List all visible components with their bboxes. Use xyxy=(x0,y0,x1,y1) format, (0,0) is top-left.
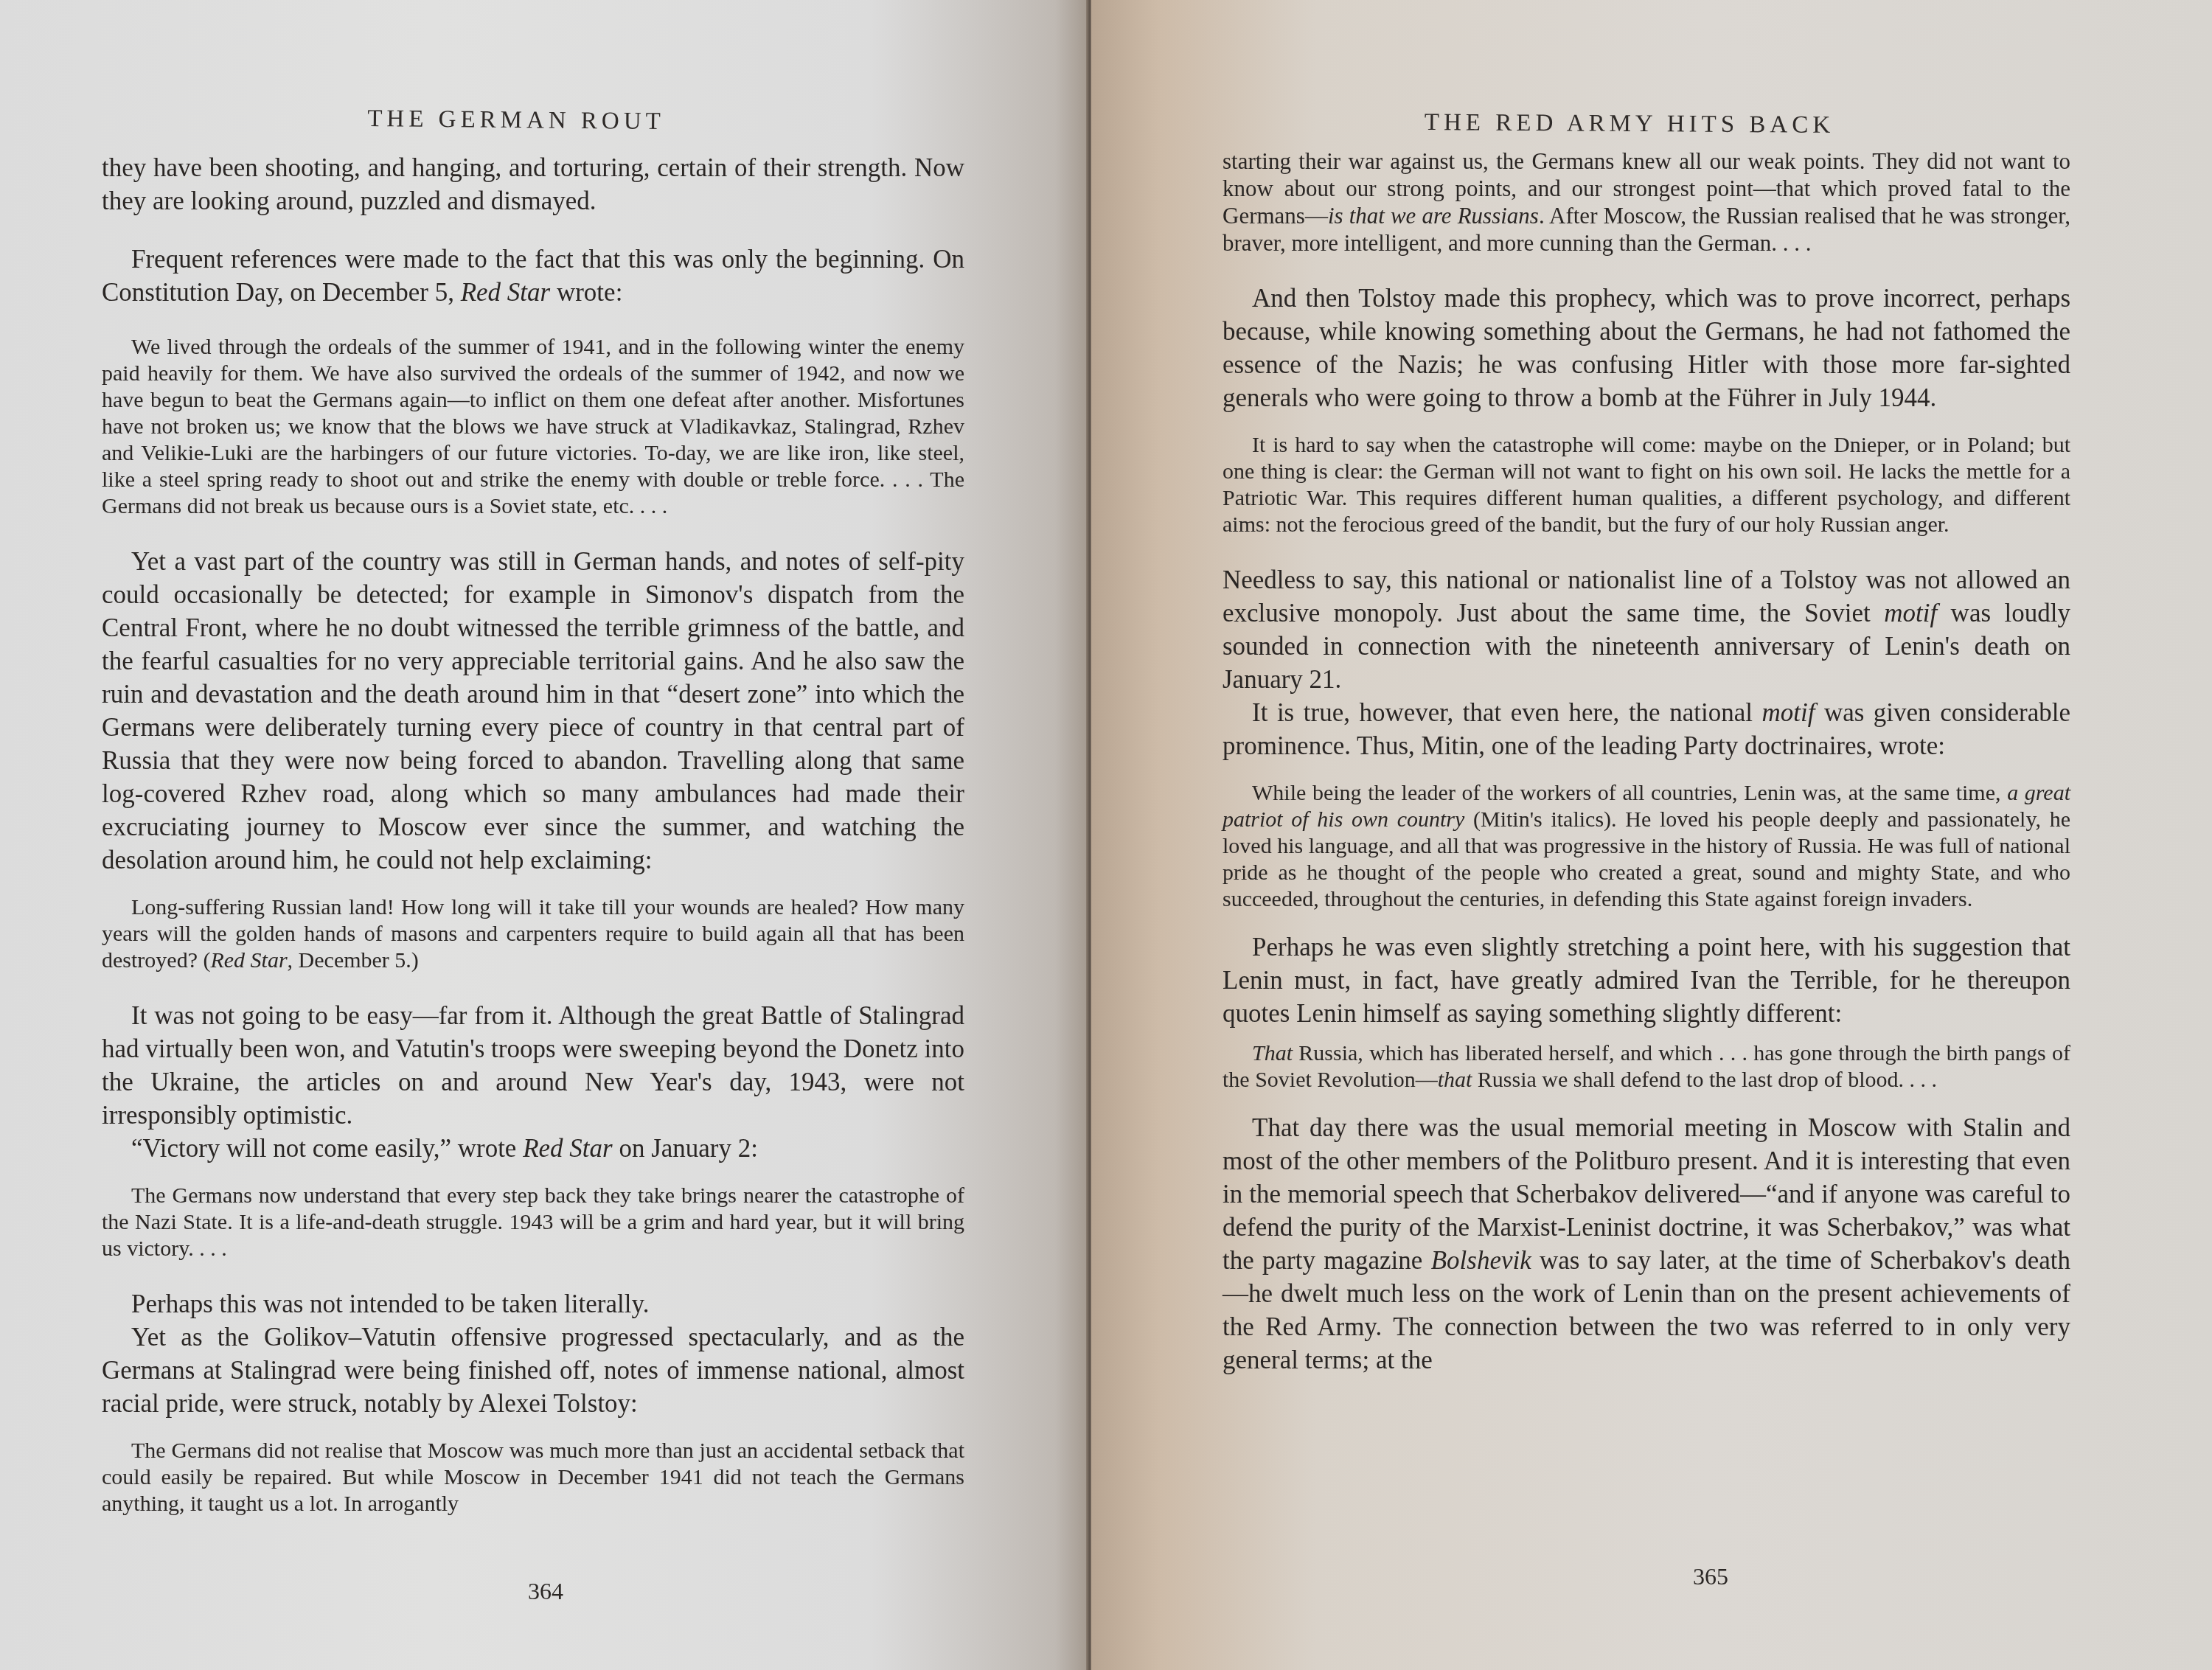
running-head-right: THE RED ARMY HITS BACK xyxy=(1379,109,1880,140)
page-number-right: 365 xyxy=(1637,1563,1784,1590)
paragraph: That day there was the usual memorial me… xyxy=(1222,1111,2070,1377)
paragraph: It was not going to be easy—far from it.… xyxy=(102,999,964,1132)
paragraph: they have been shooting, and hanging, an… xyxy=(102,151,964,218)
paragraph: Perhaps he was even slightly stretching … xyxy=(1222,930,2070,1030)
page-number-left: 364 xyxy=(472,1578,619,1605)
left-page: THE GERMAN ROUT they have been shooting,… xyxy=(0,0,1088,1670)
block-quote: We lived through the ordeals of the summ… xyxy=(102,334,964,520)
book-spread: THE GERMAN ROUT they have been shooting,… xyxy=(0,0,2212,1670)
block-quote: The Germans did not realise that Moscow … xyxy=(102,1438,964,1517)
paragraph: “Victory will not come easily,” wrote Re… xyxy=(102,1132,964,1165)
block-quote: That Russia, which has liberated herself… xyxy=(1222,1040,2070,1093)
paragraph: Needless to say, this national or nation… xyxy=(1222,563,2070,696)
paragraph: And then Tolstoy made this prophecy, whi… xyxy=(1222,282,2070,414)
right-page: THE RED ARMY HITS BACK starting their wa… xyxy=(1091,0,2212,1670)
paragraph: Frequent references were made to the fac… xyxy=(102,243,964,309)
block-quote: While being the leader of the workers of… xyxy=(1222,780,2070,913)
left-text-block: they have been shooting, and hanging, an… xyxy=(102,151,964,1517)
block-quote: The Germans now understand that every st… xyxy=(102,1183,964,1262)
paragraph: Yet as the Golikov–Vatutin offensive pro… xyxy=(102,1321,964,1420)
paragraph: Perhaps this was not intended to be take… xyxy=(102,1287,964,1321)
paragraph: Yet a vast part of the country was still… xyxy=(102,545,964,877)
running-head-left: THE GERMAN ROUT xyxy=(280,105,752,137)
block-quote: starting their war against us, the Germa… xyxy=(1222,147,2070,257)
block-quote: It is hard to say when the catastrophe w… xyxy=(1222,432,2070,538)
block-quote: Long-suffering Russian land! How long wi… xyxy=(102,894,964,974)
paragraph: It is true, however, that even here, the… xyxy=(1222,696,2070,762)
right-text-block: starting their war against us, the Germa… xyxy=(1222,147,2070,1377)
